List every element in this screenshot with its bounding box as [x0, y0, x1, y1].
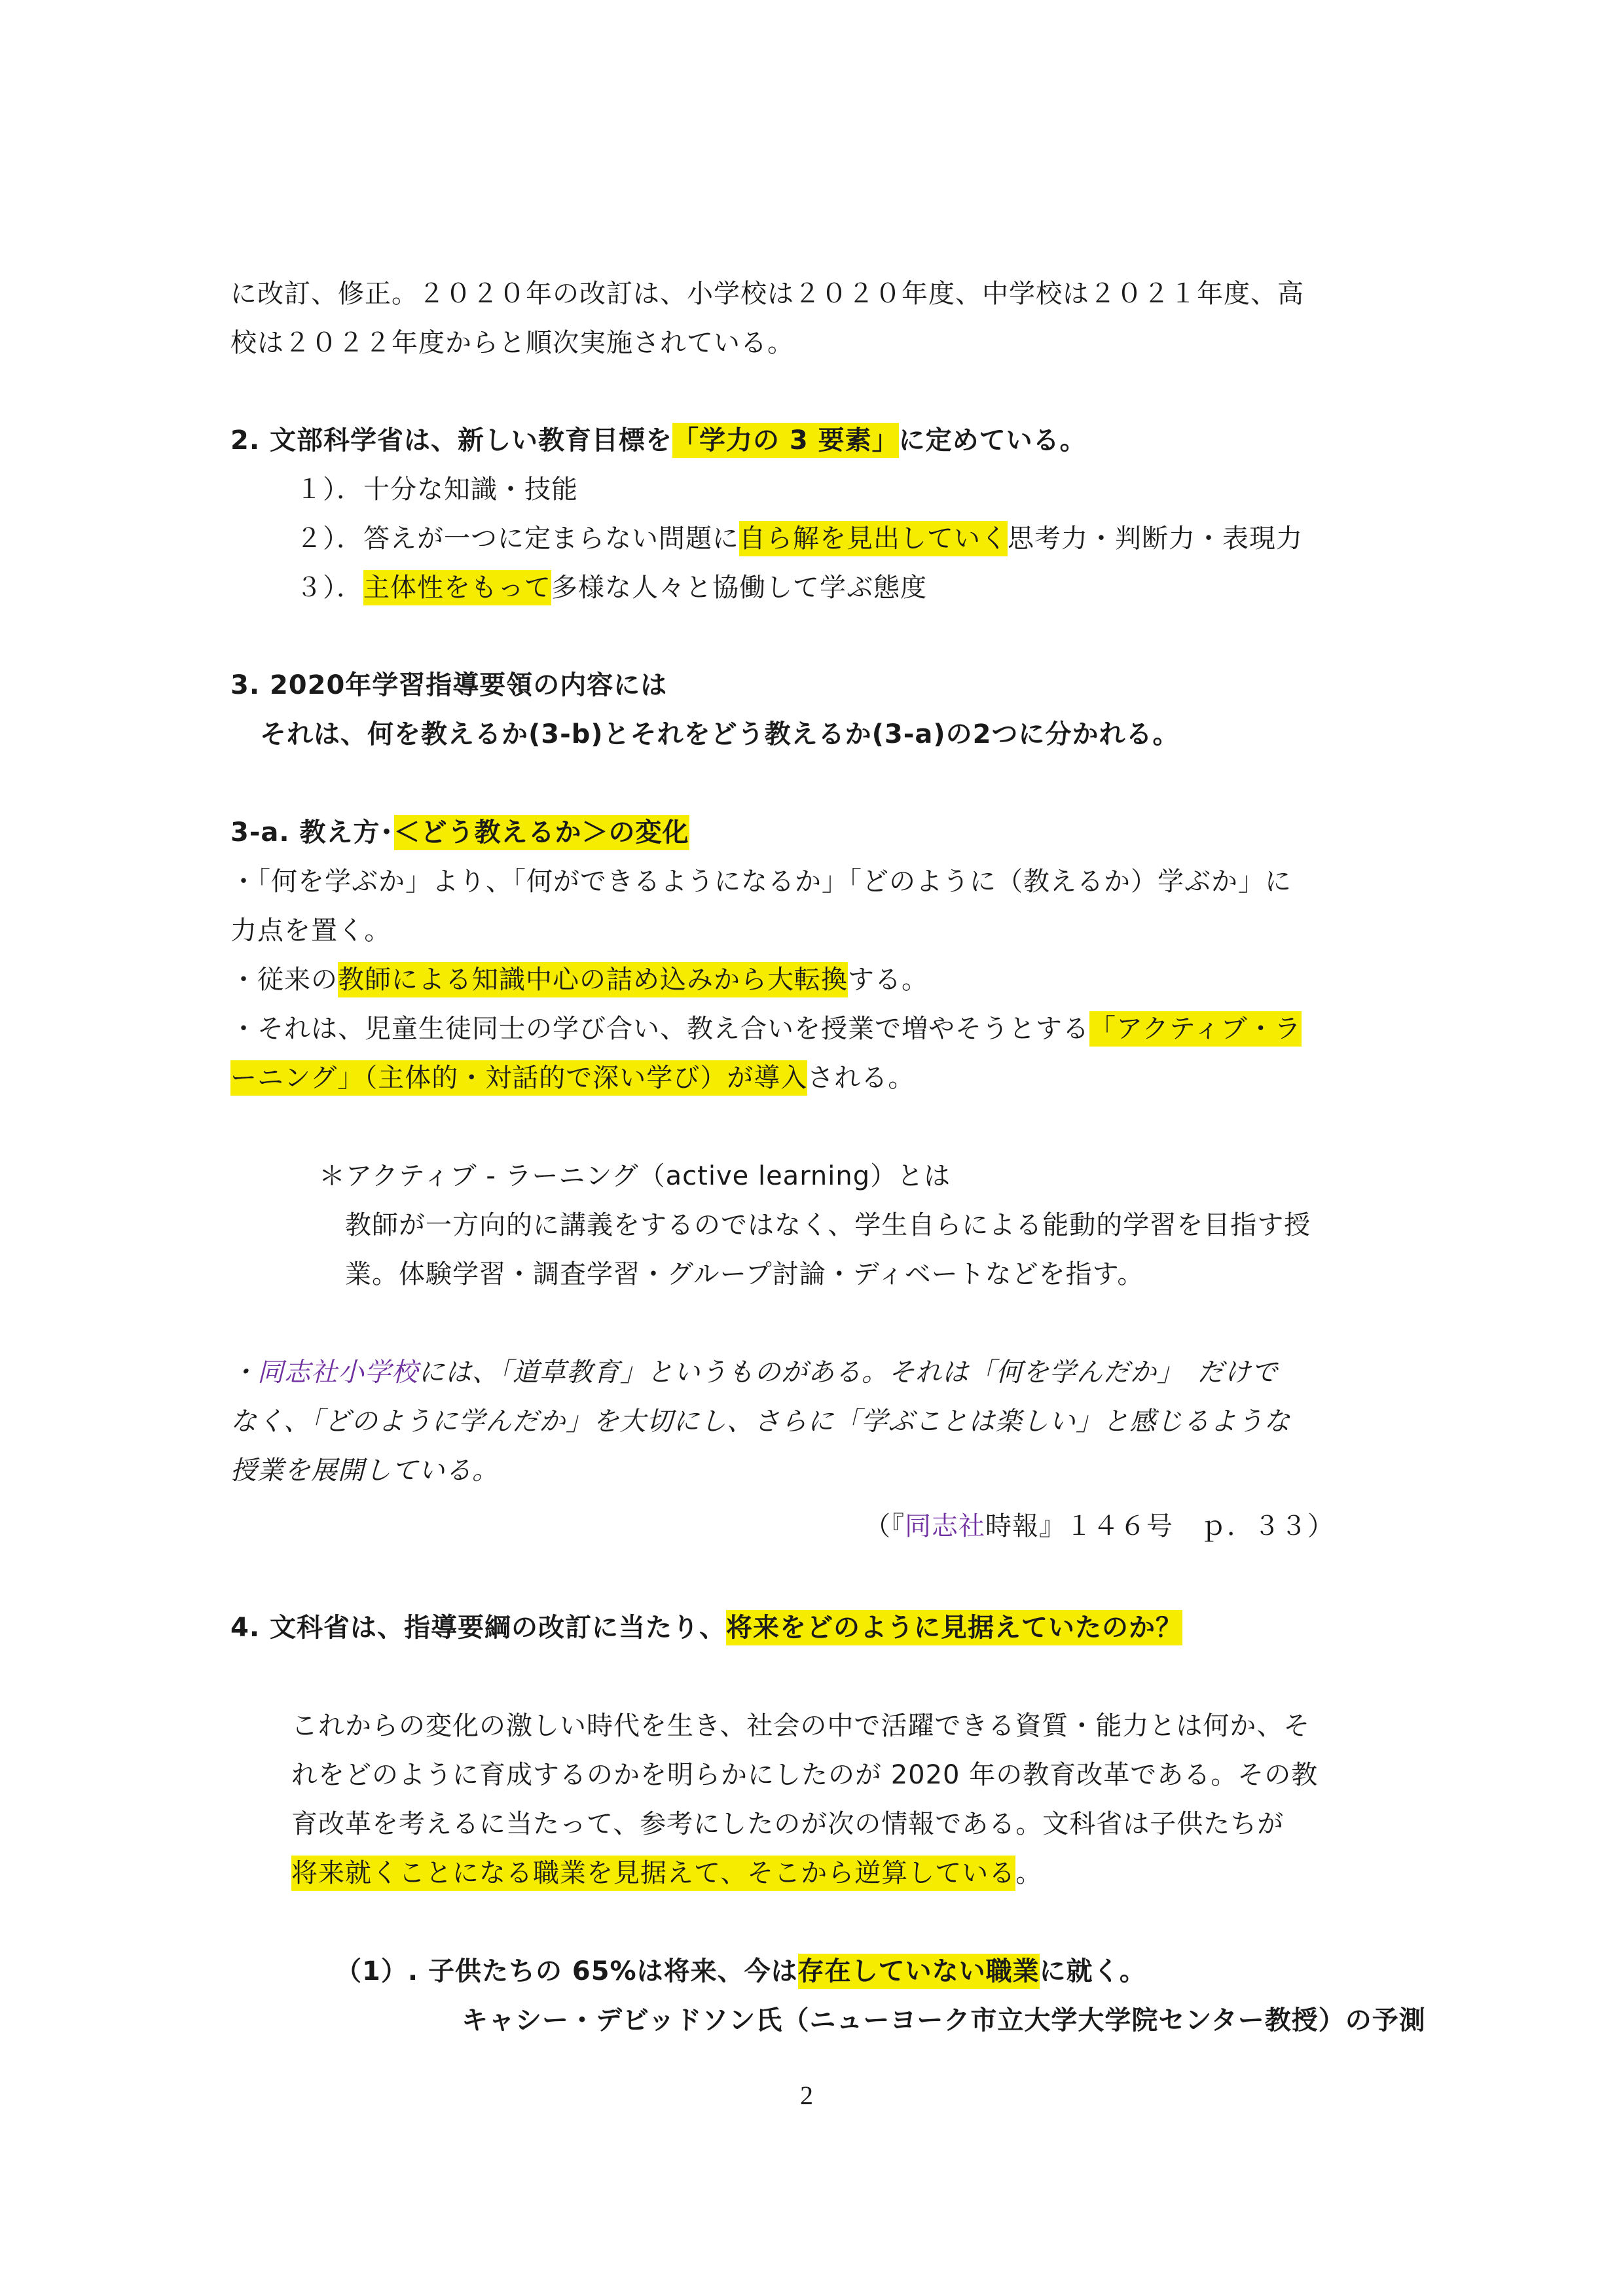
doshisha-line-3: 授業を展開している。: [230, 1446, 499, 1495]
paragraph-text: には、「道草教育」というものがある。それは「何を学んだか」 だけで: [418, 1357, 1278, 1388]
bullet-highlight: 「アクティブ・ラ: [1089, 1011, 1302, 1047]
heading-highlight: 将来をどのように見据えていたのか？: [726, 1610, 1182, 1645]
section-2-item-2: ２）．答えが一つに定まらない問題に自ら解を見出していく思考力・判断力・表現力: [296, 514, 1303, 563]
bullet-3-line-1: ・それは、児童生徒同士の学び合い、教え合いを授業で増やそうとする「アクティブ・ラ: [230, 1005, 1302, 1053]
paragraph-text: 。: [1015, 1858, 1042, 1888]
section-4-heading: 4. 文科省は、指導要綱の改訂に当たり、将来をどのように見据えていたのか？: [230, 1604, 1182, 1652]
bullet-highlight: ーニング」（主体的・対話的で深い学び）が導入: [230, 1060, 807, 1096]
section-3-heading: 3. 2020年学習指導要領の内容には: [230, 661, 667, 709]
item-text: ３）．: [296, 573, 363, 603]
bullet-2: ・従来の教師による知識中心の詰め込みから大転換する。: [230, 956, 928, 1004]
paragraph-highlight: 将来就くことになる職業を見据えて、そこから逆算している: [291, 1856, 1015, 1891]
item-text: １）．十分な知識・技能: [296, 475, 578, 505]
point-highlight: 存在していない職業: [798, 1954, 1040, 1989]
bullet-mark: ・: [230, 1357, 257, 1388]
document-page: に改訂、修正。２０２０年の改訂は、小学校は２０２０年度、中学校は２０２１年度、高…: [0, 0, 1623, 2296]
school-name-link: 同志社小学校: [257, 1357, 418, 1388]
citation-text: （『: [864, 1511, 905, 1541]
intro-line-2: 校は２０２２年度からと順次実施されている。: [230, 319, 794, 367]
doshisha-line-2: なく、「どのように学んだか」を大切にし、さらに「学ぶことは楽しい」と感じるような: [230, 1397, 1290, 1446]
intro-line-1: に改訂、修正。２０２０年の改訂は、小学校は２０２０年度、中学校は２０２１年度、高: [230, 270, 1304, 318]
note-title: ＊アクティブ - ラーニング（active learning）とは: [319, 1152, 951, 1200]
heading-text: 3-a. 教え方･: [230, 817, 394, 848]
item-highlight: 自ら解を見出していく: [739, 521, 1008, 556]
section-3-subheading: それは、何を教えるか(3-b)とそれをどう教えるか(3-a)の2つに分かれる。: [260, 710, 1179, 759]
note-line-1: 教師が一方向的に講義をするのではなく、学生自らによる能動的学習を目指す授: [345, 1201, 1311, 1249]
section-4-para-line-4: 将来就くことになる職業を見据えて、そこから逆算している。: [291, 1849, 1042, 1897]
section-2-item-1: １）．十分な知識・技能: [296, 465, 578, 514]
section-4-para-line-3: 育改革を考えるに当たって、参考にしたのが次の情報である。文科省は子供たちが: [291, 1800, 1284, 1848]
item-highlight: 主体性をもって: [363, 570, 551, 605]
bullet-1-line-1: ・「何を学ぶか」より、「何ができるようになるか」「どのように（教えるか）学ぶか」…: [230, 857, 1292, 906]
bullet-text: ・それは、児童生徒同士の学び合い、教え合いを授業で増やそうとする: [230, 1014, 1089, 1044]
heading-highlight: ＜どう教えるか＞の変化: [394, 815, 689, 850]
point-1-source: キャシー・デビッドソン氏（ニューヨーク市立大学大学院センター教授）の予測: [462, 1996, 1426, 2045]
item-text: ２）．答えが一つに定まらない問題に: [296, 524, 739, 554]
section-2-item-3: ３）．主体性をもって多様な人々と協働して学ぶ態度: [296, 564, 927, 612]
citation-text: 時報』１４６号 ｐ．３３）: [985, 1511, 1334, 1541]
section-4-para-line-1: これからの変化の激しい時代を生き、社会の中で活躍できる資質・能力とは何か、そ: [291, 1702, 1310, 1750]
point-text: に就く。: [1040, 1956, 1146, 1986]
point-1: （1）. 子供たちの 65%は将来、今は存在していない職業に就く。: [335, 1947, 1146, 1996]
point-text: （1）. 子供たちの 65%は将来、今は: [335, 1956, 798, 1986]
bullet-text: する。: [848, 965, 928, 995]
section-4-para-line-2: れをどのように育成するのかを明らかにしたのが 2020 年の教育改革である。その…: [291, 1751, 1318, 1799]
bullet-text: される。: [807, 1063, 915, 1093]
bullet-3-line-2: ーニング」（主体的・対話的で深い学び）が導入される。: [230, 1054, 915, 1102]
item-text: 思考力・判断力・表現力: [1008, 524, 1303, 554]
heading-text: 2. 文部科学省は、新しい教育目標を: [230, 425, 672, 456]
bullet-highlight: 教師による知識中心の詰め込みから大転換: [338, 962, 848, 997]
section-2-heading: 2. 文部科学省は、新しい教育目標を「学力の 3 要素」に定めている。: [230, 416, 1087, 465]
citation: （『同志社時報』１４６号 ｐ．３３）: [864, 1502, 1334, 1551]
item-text: 多様な人々と協働して学ぶ態度: [551, 573, 927, 603]
bullet-1-line-2: 力点を置く。: [230, 906, 391, 955]
note-line-2: 業。体験学習・調査学習・グループ討論・ディベートなどを指す。: [345, 1250, 1144, 1299]
section-3a-heading: 3-a. 教え方･＜どう教えるか＞の変化: [230, 808, 689, 857]
doshisha-line-1: ・同志社小学校には、「道草教育」というものがある。それは「何を学んだか」 だけで: [230, 1348, 1278, 1397]
page-number: 2: [800, 2080, 813, 2111]
heading-text: 4. 文科省は、指導要綱の改訂に当たり、: [230, 1613, 726, 1643]
highlight-three-elements: 「学力の 3 要素」: [672, 423, 899, 458]
heading-text: に定めている。: [899, 425, 1087, 456]
citation-source: 同志社: [905, 1511, 985, 1541]
bullet-text: ・従来の: [230, 965, 338, 995]
